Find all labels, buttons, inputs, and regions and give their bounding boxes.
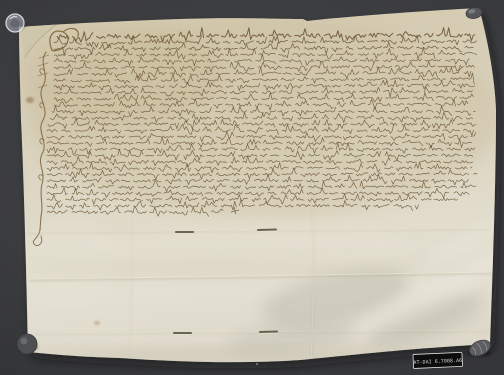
seal-slit-highlight — [260, 333, 277, 334]
glass-weight-core — [11, 19, 20, 28]
metal-weight-highlight — [21, 338, 28, 345]
metal-weight-icon — [17, 334, 37, 354]
seal-slit-highlight — [258, 231, 276, 232]
seal-slit — [260, 332, 277, 333]
charter-scene: AT-DAI 6.7008.A6 — [0, 0, 504, 375]
archive-label: AT-DAI 6.7008.A6 — [413, 352, 463, 368]
stain — [94, 321, 100, 325]
dust-speck — [256, 363, 258, 365]
seal-slit — [258, 230, 276, 231]
stain — [26, 97, 34, 103]
charter-photograph: AT-DAI 6.7008.A6 — [0, 0, 504, 375]
